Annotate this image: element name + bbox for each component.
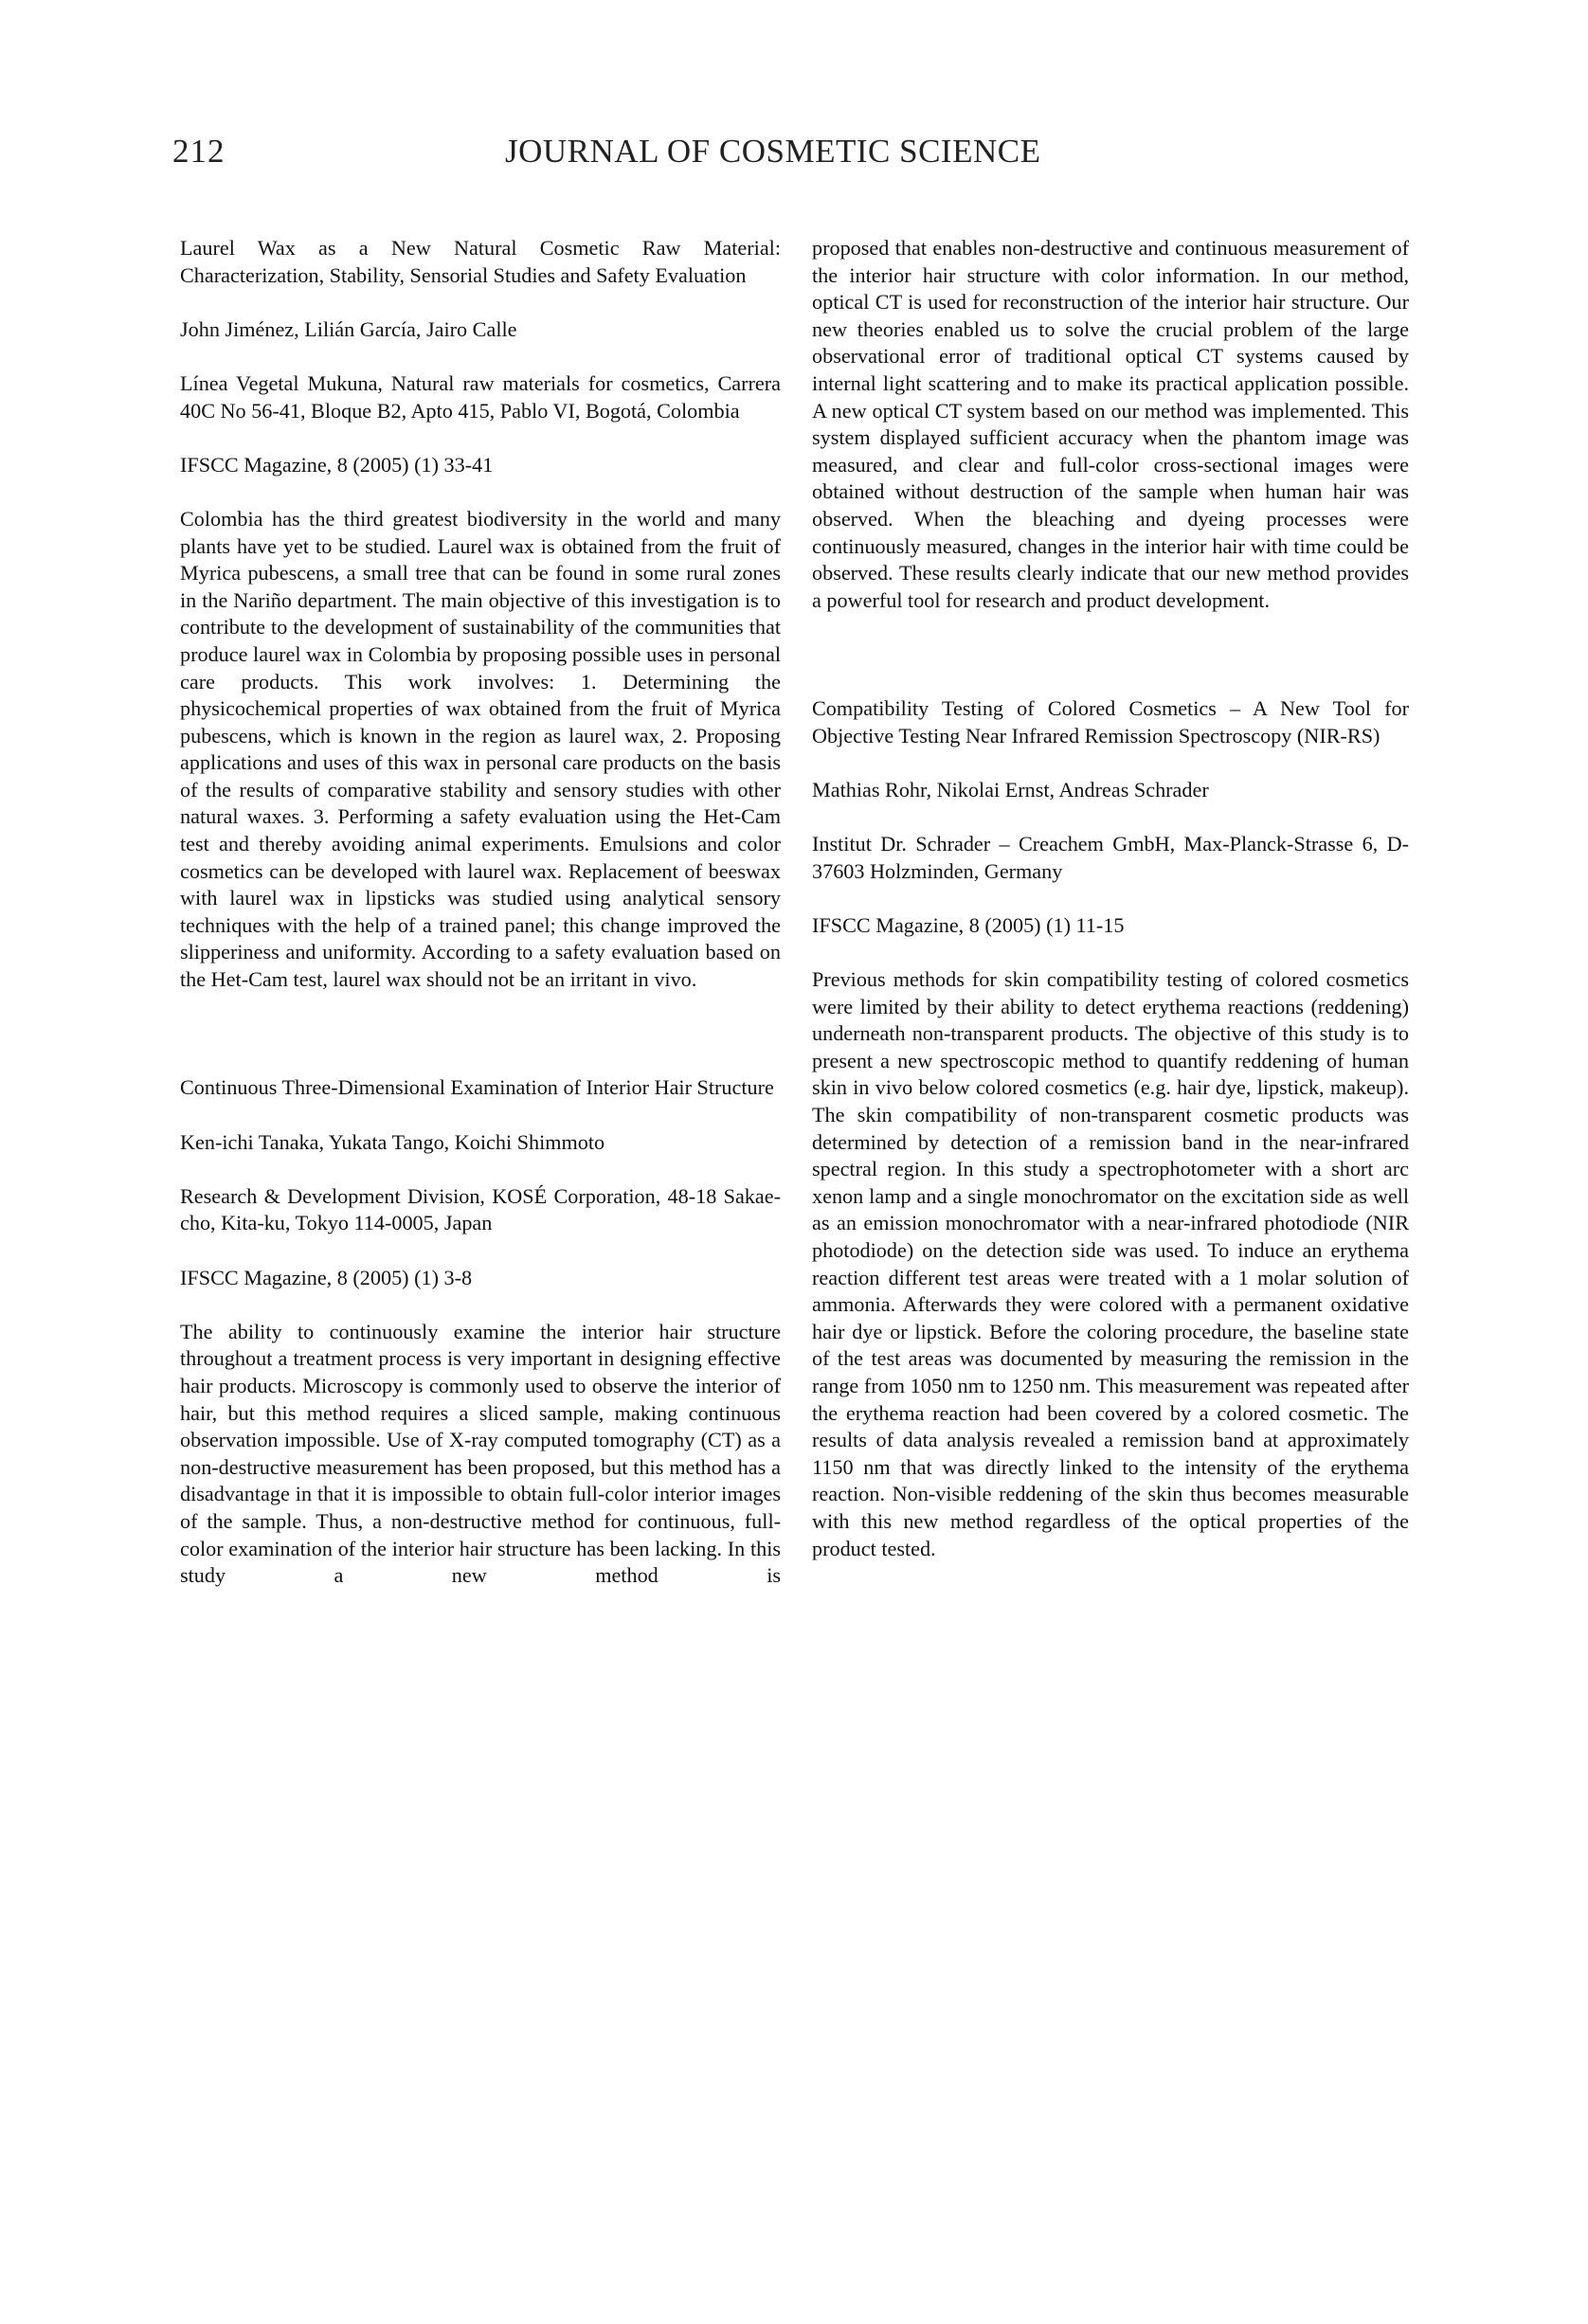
article-authors: John Jiménez, Lilián García, Jairo Calle [180,316,781,344]
journal-title: JOURNAL OF COSMETIC SCIENCE [505,133,1040,171]
article-abstract: Colombia has the third greatest biodiver… [180,506,781,994]
article-nir-rs: Compatibility Testing of Colored Cosmeti… [812,695,1409,1562]
article-citation: IFSCC Magazine, 8 (2005) (1) 3-8 [180,1265,781,1292]
article-affiliation: Research & Development Division, KOSÉ Co… [180,1183,781,1237]
article-citation: IFSCC Magazine, 8 (2005) (1) 33-41 [180,452,781,479]
article-title: Compatibility Testing of Colored Cosmeti… [812,695,1409,749]
article-affiliation: Institut Dr. Schrader – Creachem GmbH, M… [812,831,1409,885]
article-laurel-wax: Laurel Wax as a New Natural Cosmetic Raw… [180,235,781,994]
article-hair-structure: Continuous Three-Dimensional Examination… [180,1074,781,1589]
article-abstract: Previous methods for skin compatibility … [812,966,1409,1562]
article-title: Continuous Three-Dimensional Examination… [180,1074,781,1102]
left-column: Laurel Wax as a New Natural Cosmetic Raw… [180,235,781,1590]
article-authors: Ken-ichi Tanaka, Yukata Tango, Koichi Sh… [180,1129,781,1157]
article-citation: IFSCC Magazine, 8 (2005) (1) 11-15 [812,912,1409,940]
article-authors: Mathias Rohr, Nikolai Ernst, Andreas Sch… [812,777,1409,804]
article-title: Laurel Wax as a New Natural Cosmetic Raw… [180,235,781,289]
article-abstract-part1: The ability to continuously examine the … [180,1319,781,1590]
running-head: 212 JOURNAL OF COSMETIC SCIENCE [0,133,1588,180]
article-abstract-part2: proposed that enables non-destructive an… [812,235,1409,614]
article-affiliation: Línea Vegetal Mukuna, Natural raw materi… [180,370,781,424]
page-number: 212 [172,133,226,171]
right-column: proposed that enables non-destructive an… [812,235,1409,1562]
article-hair-structure-continued: proposed that enables non-destructive an… [812,235,1409,614]
